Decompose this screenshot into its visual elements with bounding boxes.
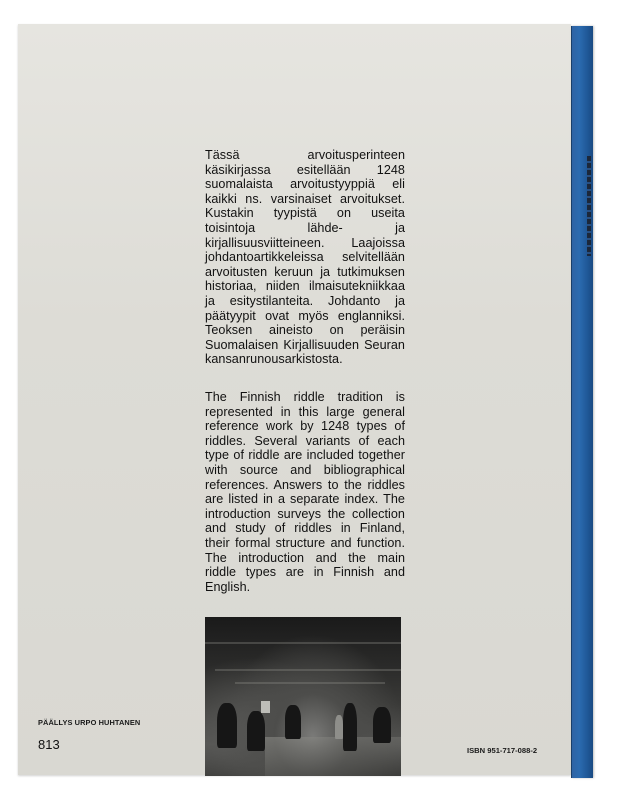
cover-design-credit: PÄÄLLYS URPO HUHTANEN	[38, 718, 140, 727]
book-spine	[571, 26, 593, 778]
finnish-description: Tässä arvoitusperinteen käsikirjassa esi…	[205, 148, 405, 367]
series-number: 813	[38, 737, 60, 752]
isbn: ISBN 951-717-088-2	[467, 746, 537, 755]
cover-illustration	[205, 617, 401, 776]
spine-title-mark	[587, 156, 591, 256]
english-description: The Finnish riddle tradition is represen…	[205, 390, 405, 594]
